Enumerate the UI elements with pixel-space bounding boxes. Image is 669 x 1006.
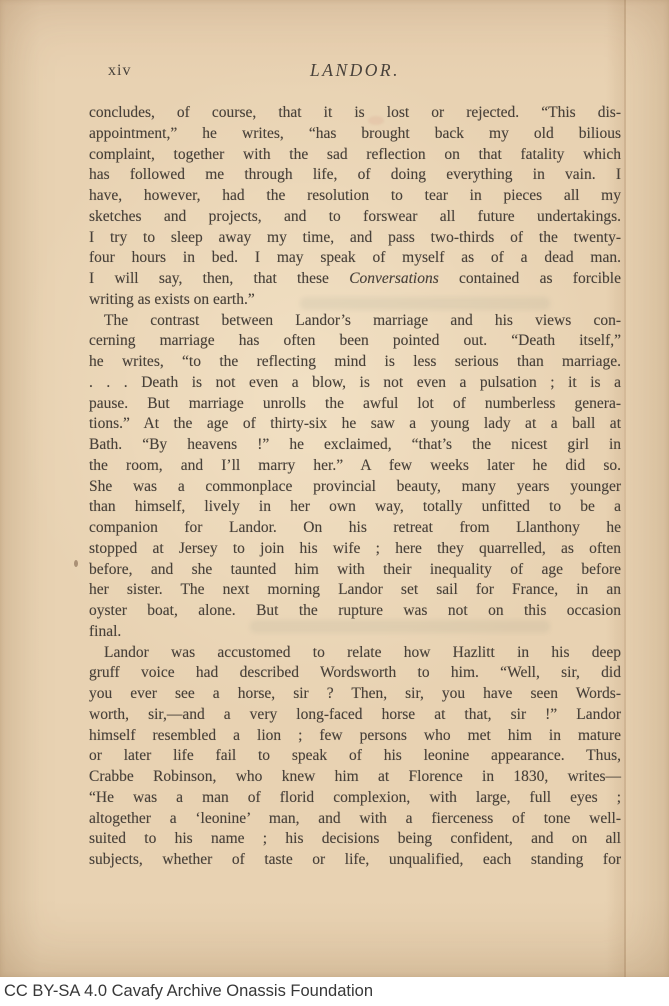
text-line: Landor was accustomed to relate how Hazl… bbox=[89, 643, 621, 664]
body-text: concludes, of course, that it is lost or… bbox=[89, 103, 621, 871]
text-line: four hours in bed. I may speak of myself… bbox=[89, 248, 621, 269]
text-line: gruff voice had described Wordsworth to … bbox=[89, 663, 621, 684]
text-line: Crabbe Robinson, who knew him at Florenc… bbox=[89, 767, 621, 788]
text-line: “He was a man of florid complexion, with… bbox=[89, 788, 621, 809]
text-line: has followed me through life, of doing e… bbox=[89, 165, 621, 186]
text-line: Bath. “By heavens !” he exclaimed, “that… bbox=[89, 435, 621, 456]
text-line: the room, and I’ll marry her.” A few wee… bbox=[89, 456, 621, 477]
text-line: final. bbox=[89, 622, 621, 643]
text-line: tions.” At the age of thirty-six he saw … bbox=[89, 414, 621, 435]
running-header: LANDOR. bbox=[89, 60, 621, 81]
text-line: I try to sleep away my time, and pass tw… bbox=[89, 228, 621, 249]
text-line: have, however, had the resolution to tea… bbox=[89, 186, 621, 207]
text-line: concludes, of course, that it is lost or… bbox=[89, 103, 621, 124]
text-line: cerning marriage has often been pointed … bbox=[89, 331, 621, 352]
text-line: sketches and projects, and to forswear a… bbox=[89, 207, 621, 228]
page-header: xiv LANDOR. bbox=[89, 60, 621, 84]
license-bar: CC BY-SA 4.0 Cavafy Archive Onassis Foun… bbox=[0, 977, 669, 1006]
text-line: suited to his name ; his decisions being… bbox=[89, 829, 621, 850]
scanned-book-page: xiv LANDOR. concludes, of course, that i… bbox=[0, 0, 669, 977]
text-line: appointment,” he writes, “has brought ba… bbox=[89, 124, 621, 145]
text-line: before, and she taunted him with their i… bbox=[89, 560, 621, 581]
text-line: The contrast between Landor’s marriage a… bbox=[89, 311, 621, 332]
text-line: than himself, lively in her own way, tot… bbox=[89, 497, 621, 518]
text-line: subjects, whether of taste or life, unqu… bbox=[89, 850, 621, 871]
text-line: you ever see a horse, sir ? Then, sir, y… bbox=[89, 684, 621, 705]
text-line: pause. But marriage unrolls the awful lo… bbox=[89, 394, 621, 415]
text-line: I will say, then, that these Conversatio… bbox=[89, 269, 621, 290]
text-line: She was a commonplace provincial beauty,… bbox=[89, 477, 621, 498]
page-fold-line bbox=[624, 0, 626, 977]
text-line: himself resembled a lion ; few persons w… bbox=[89, 726, 621, 747]
text-line: altogether a ‘leonine’ man, and with a f… bbox=[89, 809, 621, 830]
text-line: complaint, together with the sad reflect… bbox=[89, 145, 621, 166]
text-line: her sister. The next morning Landor set … bbox=[89, 580, 621, 601]
text-line: . . . Death is not even a blow, is not e… bbox=[89, 373, 621, 394]
paper-speck bbox=[74, 560, 78, 567]
text-line: writing as exists on earth.” bbox=[89, 290, 621, 311]
text-line: worth, sir,—and a very long-faced horse … bbox=[89, 705, 621, 726]
text-line: companion for Landor. On his retreat fro… bbox=[89, 518, 621, 539]
text-line: he writes, “to the reflecting mind is le… bbox=[89, 352, 621, 373]
license-text: CC BY-SA 4.0 Cavafy Archive Onassis Foun… bbox=[0, 982, 373, 1001]
text-line: or later life fail to speak of his leoni… bbox=[89, 746, 621, 767]
text-line: stopped at Jersey to join his wife ; her… bbox=[89, 539, 621, 560]
text-line: oyster boat, alone. But the rupture was … bbox=[89, 601, 621, 622]
